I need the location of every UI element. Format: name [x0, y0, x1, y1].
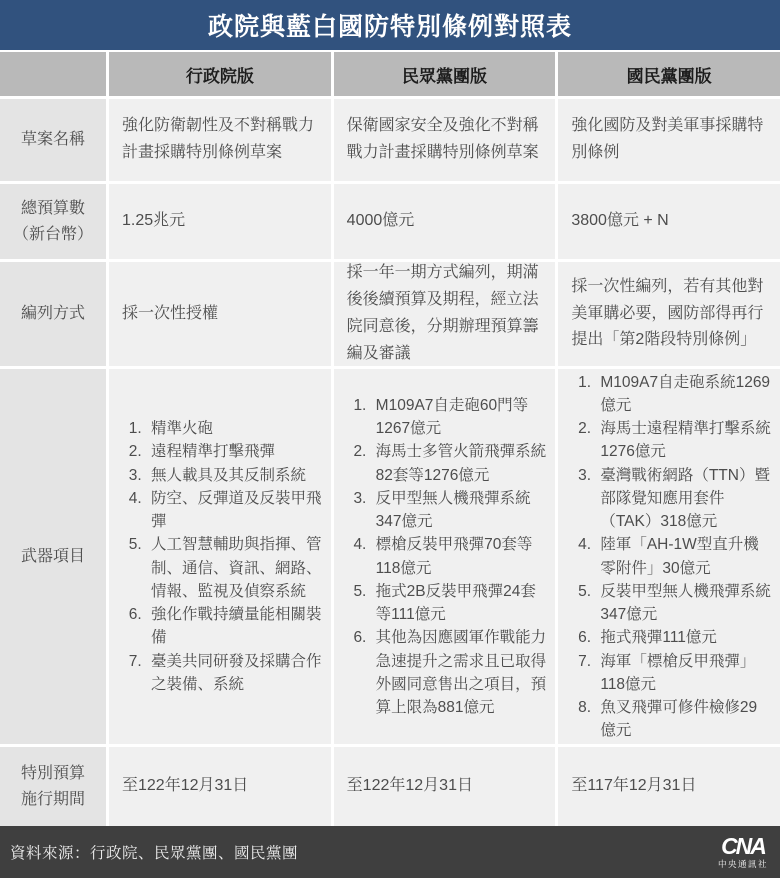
- weapon-item: 其他為因應國軍作戰能力急速提升之需求且已取得外國同意售出之項目，預算上限為881…: [371, 626, 548, 719]
- footer-bar: 資料來源：行政院、民眾黨團、國民黨團 CNA 中央通訊社: [0, 826, 780, 878]
- column-header-tpp-caucus: 民眾黨團版: [334, 52, 556, 96]
- source-note: 資料來源：行政院、民眾黨團、國民黨團: [10, 841, 298, 863]
- cell-weapon-items-tpp: M109A7自走砲60門等1267億元海馬士多管火箭飛彈系統82套等1276億元…: [334, 369, 556, 744]
- weapon-item: 陸軍「AH-1W型直升機零附件」30億元: [595, 533, 772, 580]
- cell-text: 強化防衛韌性及不對稱戰力計畫採購特別條例草案: [122, 113, 317, 167]
- weapon-item: 海軍「標槍反甲飛彈」118億元: [595, 650, 772, 697]
- weapon-list: M109A7自走砲系統1269億元海馬士遠程精準打擊系統1276億元臺灣戰術網路…: [568, 371, 772, 743]
- infographic-page: 政院與藍白國防特別條例對照表 行政院版 民眾黨團版 國民黨團版 草案名稱 強化防…: [0, 0, 780, 878]
- row-label-text: 特別預算 施行期間: [21, 761, 85, 812]
- row-label-budgeting-method: 編列方式: [0, 262, 106, 366]
- cell-text: 4000億元: [347, 208, 415, 235]
- page-title: 政院與藍白國防特別條例對照表: [208, 7, 572, 43]
- row-label-weapon-items: 武器項目: [0, 369, 106, 744]
- cell-bill-name-tpp: 保衛國家安全及強化不對稱戰力計畫採購特別條例草案: [334, 99, 556, 181]
- weapon-item: M109A7自走砲60門等1267億元: [371, 394, 548, 441]
- weapon-item: 臺灣戰術網路（TTN）暨部隊覺知應用套件（TAK）318億元: [595, 464, 772, 534]
- cell-text: 至122年12月31日: [347, 773, 473, 800]
- weapon-item: 無人載具及其反制系統: [146, 464, 323, 487]
- cell-budgeting-method-tpp: 採一年一期方式編列，期滿後後續預算及期程，經立法院同意後，分期辦理預算籌編及審議: [334, 262, 556, 366]
- weapon-item: 反裝甲型無人機飛彈系統347億元: [595, 580, 772, 627]
- row-label-text: 總預算數 （新台幣）: [13, 196, 93, 247]
- weapon-item: 反甲型無人機飛彈系統347億元: [371, 487, 548, 534]
- row-label-implementation-period: 特別預算 施行期間: [0, 747, 106, 826]
- row-label-text: 編列方式: [21, 301, 85, 327]
- cell-total-budget-kmt: 3800億元 + N: [558, 184, 780, 259]
- cell-weapon-items-executive-yuan: 精準火砲遠程精準打擊飛彈無人載具及其反制系統防空、反彈道及反裝甲飛彈人工智慧輔助…: [109, 369, 331, 744]
- cell-text: 1.25兆元: [122, 208, 185, 235]
- cell-text: 採一年一期方式編列，期滿後後續預算及期程，經立法院同意後，分期辦理預算籌編及審議: [347, 260, 542, 368]
- cell-text: 至122年12月31日: [122, 773, 248, 800]
- column-header-kmt-caucus: 國民黨團版: [558, 52, 780, 96]
- weapon-item: 臺美共同研發及採購合作之裝備、系統: [146, 650, 323, 697]
- header-row: 行政院版 民眾黨團版 國民黨團版: [0, 52, 780, 96]
- cna-logo-caption: 中央通訊社: [718, 860, 768, 869]
- row-bill-name: 草案名稱 強化防衛韌性及不對稱戰力計畫採購特別條例草案 保衛國家安全及強化不對稱…: [0, 99, 780, 181]
- row-implementation-period: 特別預算 施行期間 至122年12月31日 至122年12月31日 至117年1…: [0, 747, 780, 826]
- row-weapon-items: 武器項目 精準火砲遠程精準打擊飛彈無人載具及其反制系統防空、反彈道及反裝甲飛彈人…: [0, 369, 780, 744]
- cell-text: 採一次性授權: [122, 301, 218, 328]
- row-total-budget: 總預算數 （新台幣） 1.25兆元 4000億元 3800億元 + N: [0, 184, 780, 259]
- cell-weapon-items-kmt: M109A7自走砲系統1269億元海馬士遠程精準打擊系統1276億元臺灣戰術網路…: [558, 369, 780, 744]
- cna-logo-mark: CNA: [718, 835, 768, 858]
- weapon-item: 標槍反裝甲飛彈70套等118億元: [371, 533, 548, 580]
- cell-total-budget-tpp: 4000億元: [334, 184, 556, 259]
- comparison-table: 行政院版 民眾黨團版 國民黨團版 草案名稱 強化防衛韌性及不對稱戰力計畫採購特別…: [0, 52, 780, 826]
- weapon-item: 人工智慧輔助與指揮、管制、通信、資訊、網路、情報、監視及偵察系統: [146, 533, 323, 603]
- weapon-item: 海馬士多管火箭飛彈系統82套等1276億元: [371, 440, 548, 487]
- weapon-list: 精準火砲遠程精準打擊飛彈無人載具及其反制系統防空、反彈道及反裝甲飛彈人工智慧輔助…: [119, 417, 323, 696]
- cell-implementation-period-kmt: 至117年12月31日: [558, 747, 780, 826]
- cell-text: 保衛國家安全及強化不對稱戰力計畫採購特別條例草案: [347, 113, 542, 167]
- corner-cell: [0, 52, 106, 96]
- weapon-item: 防空、反彈道及反裝甲飛彈: [146, 487, 323, 534]
- cell-bill-name-executive-yuan: 強化防衛韌性及不對稱戰力計畫採購特別條例草案: [109, 99, 331, 181]
- cell-implementation-period-executive-yuan: 至122年12月31日: [109, 747, 331, 826]
- cell-text: 強化國防及對美軍事採購特別條例: [571, 113, 766, 167]
- cell-text: 至117年12月31日: [571, 773, 696, 800]
- weapon-item: 強化作戰持續量能相關裝備: [146, 603, 323, 650]
- row-label-total-budget: 總預算數 （新台幣）: [0, 184, 106, 259]
- cell-budgeting-method-executive-yuan: 採一次性授權: [109, 262, 331, 366]
- cell-text: 採一次性編列，若有其他對美軍購必要，國防部得再行提出「第2階段特別條例」: [571, 274, 766, 355]
- weapon-item: M109A7自走砲系統1269億元: [595, 371, 772, 418]
- weapon-item: 海馬士遠程精準打擊系統1276億元: [595, 417, 772, 464]
- weapon-item: 拖式飛彈111億元: [595, 626, 772, 649]
- title-bar: 政院與藍白國防特別條例對照表: [0, 0, 780, 50]
- weapon-list: M109A7自走砲60門等1267億元海馬士多管火箭飛彈系統82套等1276億元…: [344, 394, 548, 720]
- cell-implementation-period-tpp: 至122年12月31日: [334, 747, 556, 826]
- row-label-text: 武器項目: [21, 544, 85, 570]
- cell-budgeting-method-kmt: 採一次性編列，若有其他對美軍購必要，國防部得再行提出「第2階段特別條例」: [558, 262, 780, 366]
- weapon-item: 精準火砲: [146, 417, 323, 440]
- cell-bill-name-kmt: 強化國防及對美軍事採購特別條例: [558, 99, 780, 181]
- column-header-executive-yuan: 行政院版: [109, 52, 331, 96]
- cell-total-budget-executive-yuan: 1.25兆元: [109, 184, 331, 259]
- row-label-text: 草案名稱: [21, 127, 85, 153]
- weapon-item: 拖式2B反裝甲飛彈24套等111億元: [371, 580, 548, 627]
- row-label-bill-name: 草案名稱: [0, 99, 106, 181]
- weapon-item: 魚叉飛彈可修件檢修29億元: [595, 696, 772, 743]
- cell-text: 3800億元 + N: [571, 208, 668, 235]
- row-budgeting-method: 編列方式 採一次性授權 採一年一期方式編列，期滿後後續預算及期程，經立法院同意後…: [0, 262, 780, 366]
- weapon-item: 遠程精準打擊飛彈: [146, 440, 323, 463]
- cna-logo: CNA 中央通訊社: [718, 835, 768, 869]
